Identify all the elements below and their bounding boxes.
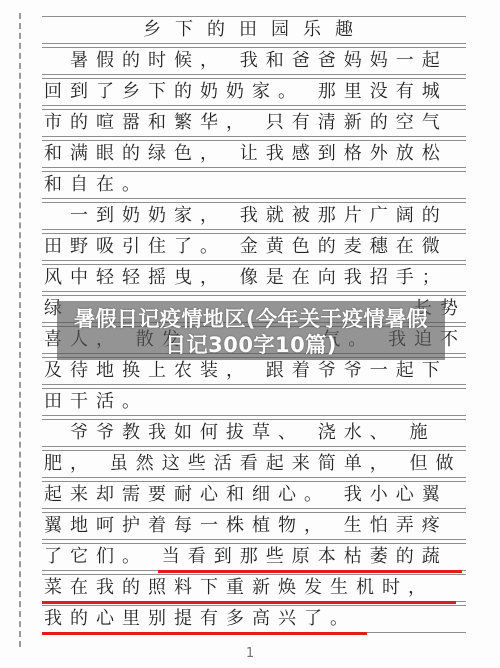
- essay-line-text: 肥， 虽然这些活看起来简单， 但做: [44, 453, 461, 474]
- essay-line: 和自在。: [42, 171, 466, 199]
- essay-line: 了它们。 当看到那些原本枯萎的蔬: [42, 543, 466, 571]
- essay-line: 一到奶奶家， 我就被那片广阔的: [42, 202, 466, 230]
- essay-line: 回到了乡下的奶奶家。 那里没有城: [42, 78, 466, 106]
- essay-line-text: 田干活。: [44, 391, 148, 412]
- essay-line: 风中轻轻摇曳， 像是在向我招手；: [42, 264, 466, 292]
- essay-line-text: 和满眼的绿色， 让我感到格外放松: [44, 143, 448, 164]
- essay-line-text: 起来却需要耐心和细心。 我小心翼: [44, 484, 448, 505]
- page-number: 1: [0, 646, 500, 661]
- essay-line: 爷爷教我如何拔草、 浇水、 施: [42, 419, 466, 447]
- red-underline: [42, 601, 456, 604]
- essay-line-text: 风中轻轻摇曳， 像是在向我招手；: [44, 267, 448, 288]
- essay-line-text: 及待地换上农装， 跟着爷爷一起下: [44, 360, 448, 381]
- essay-line-text: 田野吸引住了。 金黄色的麦穗在微: [44, 236, 448, 257]
- essay-line-text: 翼地呵护着每一株植物， 生怕弄疼: [44, 515, 448, 536]
- red-underline: [42, 632, 367, 635]
- essay-title-text: 乡下的田园乐趣: [143, 19, 367, 40]
- watermark-title-line2: 日记300字10篇): [165, 332, 337, 358]
- essay-line: 田干活。: [42, 388, 466, 416]
- essay-line: 及待地换上农装， 跟着爷爷一起下: [42, 357, 466, 385]
- watermark-title-line1: 暑假日记疫情地区(今年关于疫情暑假: [74, 306, 428, 332]
- essay-line: 起来却需要耐心和细心。 我小心翼: [42, 481, 466, 509]
- essay-line-text: 了它们。 当看到那些原本枯萎的蔬: [44, 546, 448, 567]
- essay-line: 和满眼的绿色， 让我感到格外放松: [42, 140, 466, 168]
- essay-line-text: 回到了乡下的奶奶家。 那里没有城: [44, 81, 448, 102]
- essay-line: 我的心里别提有多高兴了。: [42, 605, 466, 633]
- essay-line-text: 我的心里别提有多高兴了。: [44, 608, 356, 629]
- essay-title: 乡下的田园乐趣: [42, 16, 466, 44]
- margin-dashed-line: [19, 13, 21, 647]
- essay-line-text: 一到奶奶家， 我就被那片广阔的: [70, 205, 448, 226]
- essay-line-text: 市的喧嚣和繁华， 只有清新的空气: [44, 112, 448, 133]
- watermark-title-banner: 暑假日记疫情地区(今年关于疫情暑假 日记300字10篇): [57, 301, 445, 360]
- essay-line-text: 菜在我的照料下重新焕发生机时，: [44, 577, 434, 598]
- essay-line: 市的喧嚣和繁华， 只有清新的空气: [42, 109, 466, 137]
- essay-line-text: 和自在。: [44, 174, 148, 195]
- essay-line: 肥， 虽然这些活看起来简单， 但做: [42, 450, 466, 478]
- essay-line: 菜在我的照料下重新焕发生机时，: [42, 574, 466, 602]
- essay-line-text: 爷爷教我如何拔草、 浇水、 施: [70, 422, 435, 443]
- essay-line: 翼地呵护着每一株植物， 生怕弄疼: [42, 512, 466, 540]
- essay-line: 暑假的时候， 我和爸爸妈妈一起: [42, 47, 466, 75]
- essay-line: 田野吸引住了。 金黄色的麦穗在微: [42, 233, 466, 261]
- notebook-page: 乡下的田园乐趣 暑假的时候， 我和爸爸妈妈一起 回到了乡下的奶奶家。 那里没有城…: [0, 0, 500, 668]
- essay-line-text: 暑假的时候， 我和爸爸妈妈一起: [70, 50, 448, 71]
- red-underline: [158, 570, 462, 573]
